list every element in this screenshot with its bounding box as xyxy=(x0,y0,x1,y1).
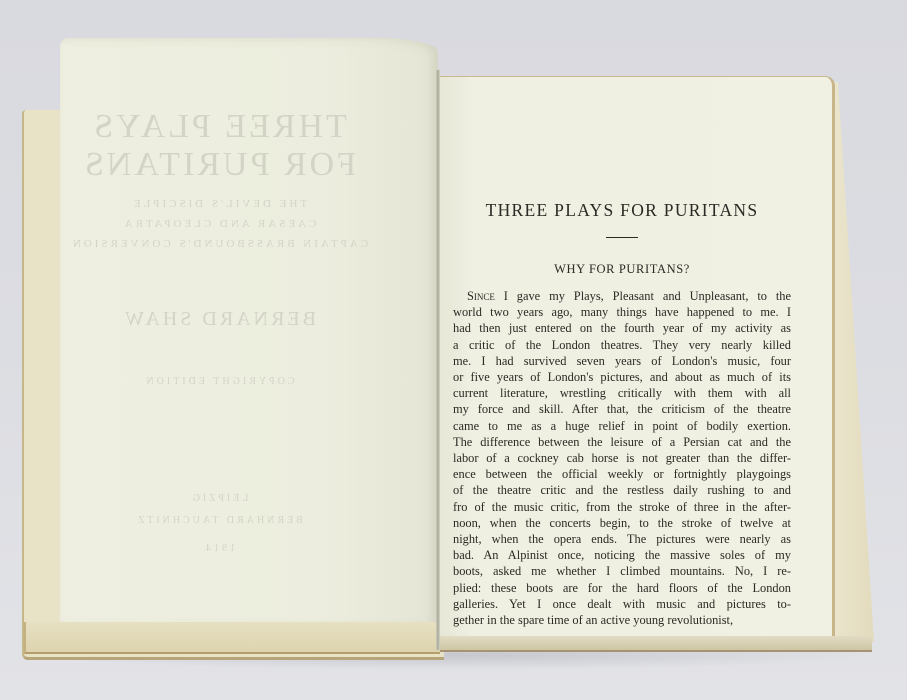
text-line: had then just entered on the fourth year… xyxy=(453,320,791,336)
text-line: me. I had survived seven years of London… xyxy=(453,353,791,369)
text-line: world two years ago, many things have ha… xyxy=(453,304,791,320)
text-line: ence between the official weekly or fort… xyxy=(453,466,791,482)
text-line: galleries. Yet I once dealt with music a… xyxy=(453,596,791,612)
text-line: bad. An Alpinist once, noticing the mass… xyxy=(453,547,791,563)
text-line: Since I gave my Plays, Pleasant and Unpl… xyxy=(453,288,791,304)
show-through-city: LEIPZIG xyxy=(30,493,408,504)
show-through-subtitle-1: THE DEVIL'S DISCIPLE xyxy=(30,198,408,210)
show-through-subtitle-2: CAESAR AND CLEOPATRA xyxy=(30,218,408,230)
section-heading: WHY FOR PURITANS? xyxy=(453,262,791,277)
show-through-publisher: BERNHARD TAUCHNITZ xyxy=(30,515,408,526)
text-line: noon, when the concerts begin, to the st… xyxy=(453,515,791,531)
right-page-content: THREE PLAYS FOR PURITANS WHY FOR PURITAN… xyxy=(453,200,791,628)
text-line: a critic of the London theatres. They ve… xyxy=(453,337,791,353)
text-line: current literature, wrestling critically… xyxy=(453,385,791,401)
show-through-edition: COPYRIGHT EDITION xyxy=(30,376,408,387)
left-page-bottom-fold xyxy=(24,622,440,654)
page-title: THREE PLAYS FOR PURITANS xyxy=(453,200,791,221)
text-line: The difference between the leisure of a … xyxy=(453,434,791,450)
book-gutter xyxy=(436,70,440,650)
text-line: gether in the spare time of an active yo… xyxy=(453,612,791,628)
text-line: came to me as a huge relief in point of … xyxy=(453,418,791,434)
right-page-bottom-edge xyxy=(440,636,872,652)
text-line: plied: these boots are for the hard floo… xyxy=(453,580,791,596)
text-line: my force and skill. After that, the crit… xyxy=(453,401,791,417)
left-page: THREE PLAYS FOR PURITANS THE DEVIL'S DIS… xyxy=(60,38,438,628)
show-through-author: BERNARD SHAW xyxy=(30,308,408,331)
text-line: night, when the opera ends. The pictures… xyxy=(453,531,791,547)
text-line: labor of a cockney cab horse is not grea… xyxy=(453,450,791,466)
text-line: boots, asked me whether I climbed mounta… xyxy=(453,563,791,579)
text-line: or five years of London's pictures, and … xyxy=(453,369,791,385)
title-rule xyxy=(606,237,638,238)
show-through-title-line2: FOR PURITANS xyxy=(30,146,408,184)
show-through-year: 1914 xyxy=(30,543,408,554)
show-through-subtitle-3: CAPTAIN BRASSBOUND'S CONVERSION xyxy=(30,238,408,250)
body-text: Since I gave my Plays, Pleasant and Unpl… xyxy=(453,288,791,628)
text-line: fro of the music critic, from the stroke… xyxy=(453,499,791,515)
text-line: of the theatre critic and the restless d… xyxy=(453,482,791,498)
show-through-title-line1: THREE PLAYS xyxy=(30,108,408,146)
drop-word: Since xyxy=(467,289,495,303)
